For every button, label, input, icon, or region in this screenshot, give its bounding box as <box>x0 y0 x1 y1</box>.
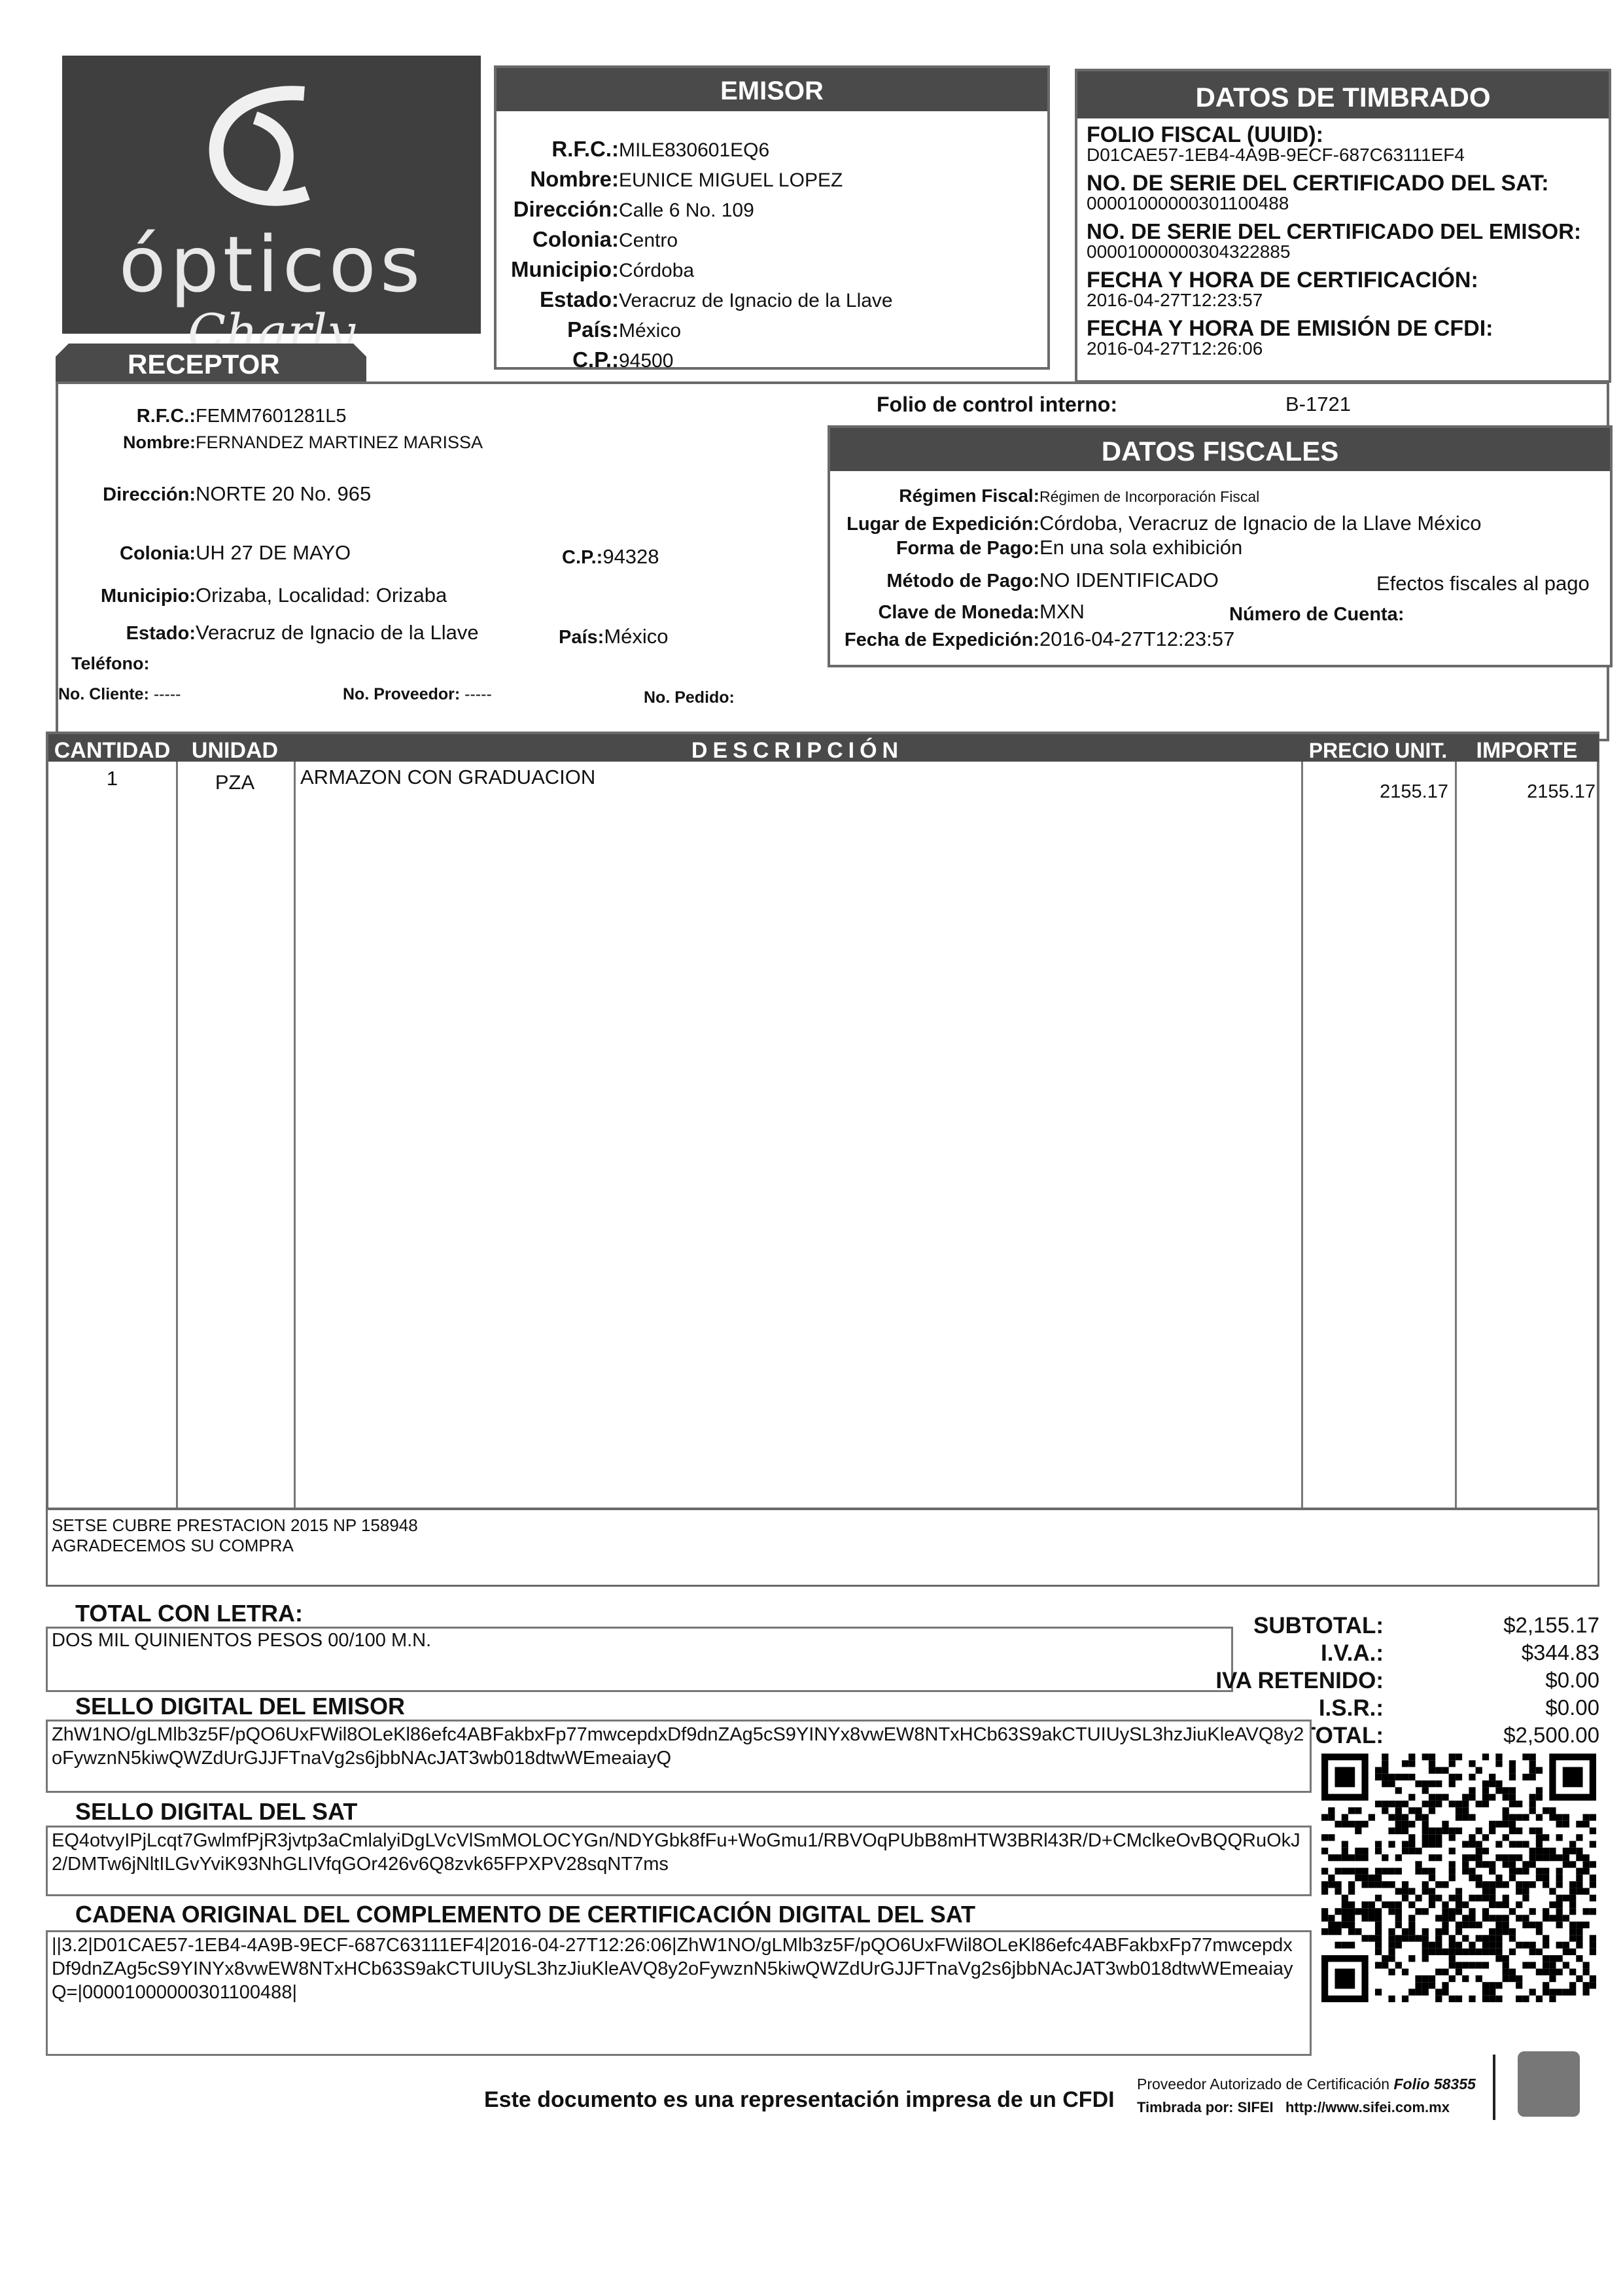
no-pedido-label: No. Pedido: <box>644 688 735 707</box>
rfc-label: R.F.C.: <box>97 406 196 427</box>
pac-folio: Folio 58355 <box>1394 2075 1476 2093</box>
col-precio: PRECIO UNIT. <box>1301 734 1455 762</box>
pac-label: Proveedor Autorizado de Certificación <box>1137 2075 1389 2093</box>
timbrada-por: Timbrada por: SIFEI <box>1137 2099 1274 2115</box>
emisor-panel: EMISOR R.F.C.:MILE830601EQ6Nombre:EUNICE… <box>494 65 1050 370</box>
emisor-field-label: Municipio: <box>497 257 619 282</box>
emisor-field: R.F.C.:MILE830601EQ6 <box>497 137 769 162</box>
emisor-field-value: Veracruz de Ignacio de la Llave <box>619 290 893 311</box>
emisor-field-value: Centro <box>619 230 678 251</box>
folio-fiscal-value: D01CAE57-1EB4-4A9B-9ECF-687C63111EF4 <box>1087 146 1609 164</box>
emisor-title: EMISOR <box>497 68 1047 111</box>
regimen-label: Régimen Fiscal: <box>830 486 1039 506</box>
cadena-label: CADENA ORIGINAL DEL COMPLEMENTO DE CERTI… <box>75 1901 975 1928</box>
total-value: $344.83 <box>1403 1640 1599 1665</box>
fecha-cert-label: FECHA Y HORA DE CERTIFICACIÓN: <box>1087 269 1609 291</box>
emisor-field-label: Estado: <box>497 287 619 312</box>
telefono-label: Teléfono: <box>71 654 149 674</box>
moneda-value: MXN <box>1039 600 1085 623</box>
fecha-expedicion-label: Fecha de Expedición: <box>830 629 1039 651</box>
cfdi-legend: Este documento es una representación imp… <box>484 2087 1115 2113</box>
forma-label: Forma de Pago: <box>830 538 1039 559</box>
nombre-label: Nombre: <box>78 433 196 453</box>
sello-emisor-value: ZhW1NO/gLMlb3z5F/pQO6UxFWil8OLeKl86efc4A… <box>46 1720 1312 1793</box>
emisor-field: Dirección:Calle 6 No. 109 <box>497 197 754 222</box>
receptor-estado: Veracruz de Ignacio de la Llave <box>196 621 479 644</box>
cuenta-label: Número de Cuenta: <box>1229 604 1404 626</box>
emisor-field: País:México <box>497 317 681 342</box>
total-label: SUBTOTAL: <box>1122 1613 1384 1639</box>
emisor-field-label: Colonia: <box>497 227 619 252</box>
emisor-field-value: México <box>619 320 681 342</box>
footer-divider <box>1493 2055 1495 2120</box>
receptor-colonia: UH 27 DE MAYO <box>196 541 351 564</box>
cell-descripcion: ARMAZON CON GRADUACION <box>300 766 595 789</box>
items-table: CANTIDAD UNIDAD DESCRIPCIÓN PRECIO UNIT.… <box>46 732 1599 1510</box>
total-label: I.S.R.: <box>1122 1695 1384 1722</box>
cell-precio: 2155.17 <box>1301 781 1448 803</box>
sello-sat-value: EQ4otvyIPjLcqt7GwlmfPjR3jvtp3aCmlalyiDgL… <box>46 1826 1312 1896</box>
total-value: $0.00 <box>1403 1695 1599 1720</box>
colonia-label: Colonia: <box>78 543 196 565</box>
folio-interno-label: Folio de control interno: <box>877 393 1117 416</box>
folio-interno-value: B-1721 <box>1285 393 1351 416</box>
cell-importe: 2155.17 <box>1455 781 1596 803</box>
pais-label: País: <box>559 627 604 648</box>
regimen-value: Régimen de Incorporación Fiscal <box>1039 488 1259 505</box>
emisor-field: Nombre:EUNICE MIGUEL LOPEZ <box>497 167 843 192</box>
pac-line: Proveedor Autorizado de Certificación Fo… <box>1137 2075 1476 2093</box>
col-divider <box>1301 762 1303 1508</box>
sello-sat-label: SELLO DIGITAL DEL SAT <box>75 1798 357 1826</box>
no-proveedor-value: ----- <box>464 685 492 703</box>
receptor-direccion: NORTE 20 No. 965 <box>196 482 371 505</box>
cp-label: C.P.: <box>562 547 602 569</box>
sifei-url[interactable]: http://www.sifei.com.mx <box>1285 2099 1450 2115</box>
emisor-field-label: Nombre: <box>497 167 619 192</box>
fiscal-title-text: DATOS FISCALES <box>1102 436 1338 467</box>
emisor-field: Estado:Veracruz de Ignacio de la Llave <box>497 287 893 312</box>
col-descripcion: DESCRIPCIÓN <box>294 734 1301 762</box>
receptor-cp: 94328 <box>602 545 659 568</box>
sello-emisor-label: SELLO DIGITAL DEL EMISOR <box>75 1693 405 1720</box>
serie-emisor-value: 00001000000304322885 <box>1087 243 1609 261</box>
fecha-cert-value: 2016-04-27T12:23:57 <box>1087 291 1609 309</box>
sifei-seal-icon <box>1518 2051 1580 2117</box>
serie-sat-label: NO. DE SERIE DEL CERTIFICADO DEL SAT: <box>1087 172 1609 194</box>
emisor-field-label: Dirección: <box>497 197 619 222</box>
metodo-value: NO IDENTIFICADO <box>1039 569 1219 592</box>
estado-label: Estado: <box>78 623 196 645</box>
total-label: IVA RETENIDO: <box>1122 1668 1384 1694</box>
municipio-label: Municipio: <box>58 586 196 607</box>
col-divider <box>176 762 178 1508</box>
receptor-nombre: FERNANDEZ MARTINEZ MARISSA <box>196 433 483 452</box>
qr-code-icon <box>1321 1754 1596 2002</box>
emisor-field: Municipio:Córdoba <box>497 257 694 282</box>
serie-sat-value: 00001000000301100488 <box>1087 194 1609 213</box>
notes-box: SETSE CUBRE PRESTACION 2015 NP 158948 AG… <box>46 1508 1599 1587</box>
emisor-field-value: MILE830601EQ6 <box>619 139 769 161</box>
serie-emisor-label: NO. DE SERIE DEL CERTIFICADO DEL EMISOR: <box>1087 221 1609 243</box>
emisor-field-value: Calle 6 No. 109 <box>619 200 754 221</box>
direccion-label: Dirección: <box>58 484 196 506</box>
col-divider <box>294 762 296 1508</box>
cell-unidad: PZA <box>176 771 294 794</box>
col-unidad: UNIDAD <box>176 734 294 762</box>
receptor-municipio: Orizaba, Localidad: Orizaba <box>196 584 447 607</box>
total-value: $2,500.00 <box>1403 1723 1599 1748</box>
col-divider <box>1455 762 1457 1508</box>
efectos-text: Efectos fiscales al pago <box>1376 572 1590 595</box>
metodo-label: Método de Pago: <box>830 571 1039 592</box>
total-value: $0.00 <box>1403 1668 1599 1693</box>
no-cliente-value: ----- <box>154 685 181 703</box>
col-cantidad: CANTIDAD <box>48 734 176 762</box>
emisor-field-label: C.P.: <box>497 347 619 372</box>
fecha-expedicion-value: 2016-04-27T12:23:57 <box>1039 627 1234 650</box>
total-value: $2,155.17 <box>1403 1613 1599 1638</box>
company-logo: ópticos Charly <box>62 56 481 334</box>
emisor-field-value: 94500 <box>619 350 673 372</box>
total-label: I.V.A.: <box>1122 1640 1384 1667</box>
fiscal-panel: DATOS FISCALES Régimen Fiscal:Régimen de… <box>828 425 1613 667</box>
total-letra-value: DOS MIL QUINIENTOS PESOS 00/100 M.N. <box>46 1627 1233 1692</box>
emisor-field-label: País: <box>497 317 619 342</box>
timbrado-panel: DATOS DE TIMBRADO FOLIO FISCAL (UUID): D… <box>1075 69 1611 383</box>
lugar-value: Córdoba, Veracruz de Ignacio de la Llave… <box>1039 512 1482 535</box>
emisor-field: Colonia:Centro <box>497 227 678 252</box>
no-proveedor-label: No. Proveedor: <box>343 685 460 704</box>
no-cliente-label: No. Cliente: <box>58 685 149 704</box>
fecha-emision-label: FECHA Y HORA DE EMISIÓN DE CFDI: <box>1087 317 1609 340</box>
note-line: AGRADECEMOS SU COMPRA <box>52 1536 1594 1556</box>
emisor-field-value: Córdoba <box>619 260 694 281</box>
emisor-field-label: R.F.C.: <box>497 137 619 162</box>
fecha-emision-value: 2016-04-27T12:26:06 <box>1087 340 1609 358</box>
receptor-title: RECEPTOR <box>56 344 366 383</box>
total-letra-label: TOTAL CON LETRA: <box>75 1600 303 1627</box>
lugar-label: Lugar de Expedición: <box>830 514 1039 535</box>
receptor-rfc: FEMM7601281L5 <box>196 406 347 427</box>
fiscal-title: DATOS FISCALES <box>830 428 1610 471</box>
emisor-field-value: EUNICE MIGUEL LOPEZ <box>619 169 843 191</box>
cadena-value: ||3.2|D01CAE57-1EB4-4A9B-9ECF-687C63111E… <box>46 1930 1312 2056</box>
emisor-field: C.P.:94500 <box>497 347 673 372</box>
eye-logo-icon <box>193 82 337 213</box>
moneda-label: Clave de Moneda: <box>830 602 1039 624</box>
forma-value: En una sola exhibición <box>1039 536 1242 559</box>
col-importe: IMPORTE <box>1455 734 1599 762</box>
receptor-pais: México <box>604 625 668 648</box>
brand-name: ópticos <box>62 226 481 303</box>
timbrado-title: DATOS DE TIMBRADO <box>1077 71 1609 118</box>
folio-fiscal-label: FOLIO FISCAL (UUID): <box>1087 124 1609 146</box>
cell-cantidad: 1 <box>48 767 176 790</box>
note-line: SETSE CUBRE PRESTACION 2015 NP 158948 <box>52 1515 1594 1536</box>
